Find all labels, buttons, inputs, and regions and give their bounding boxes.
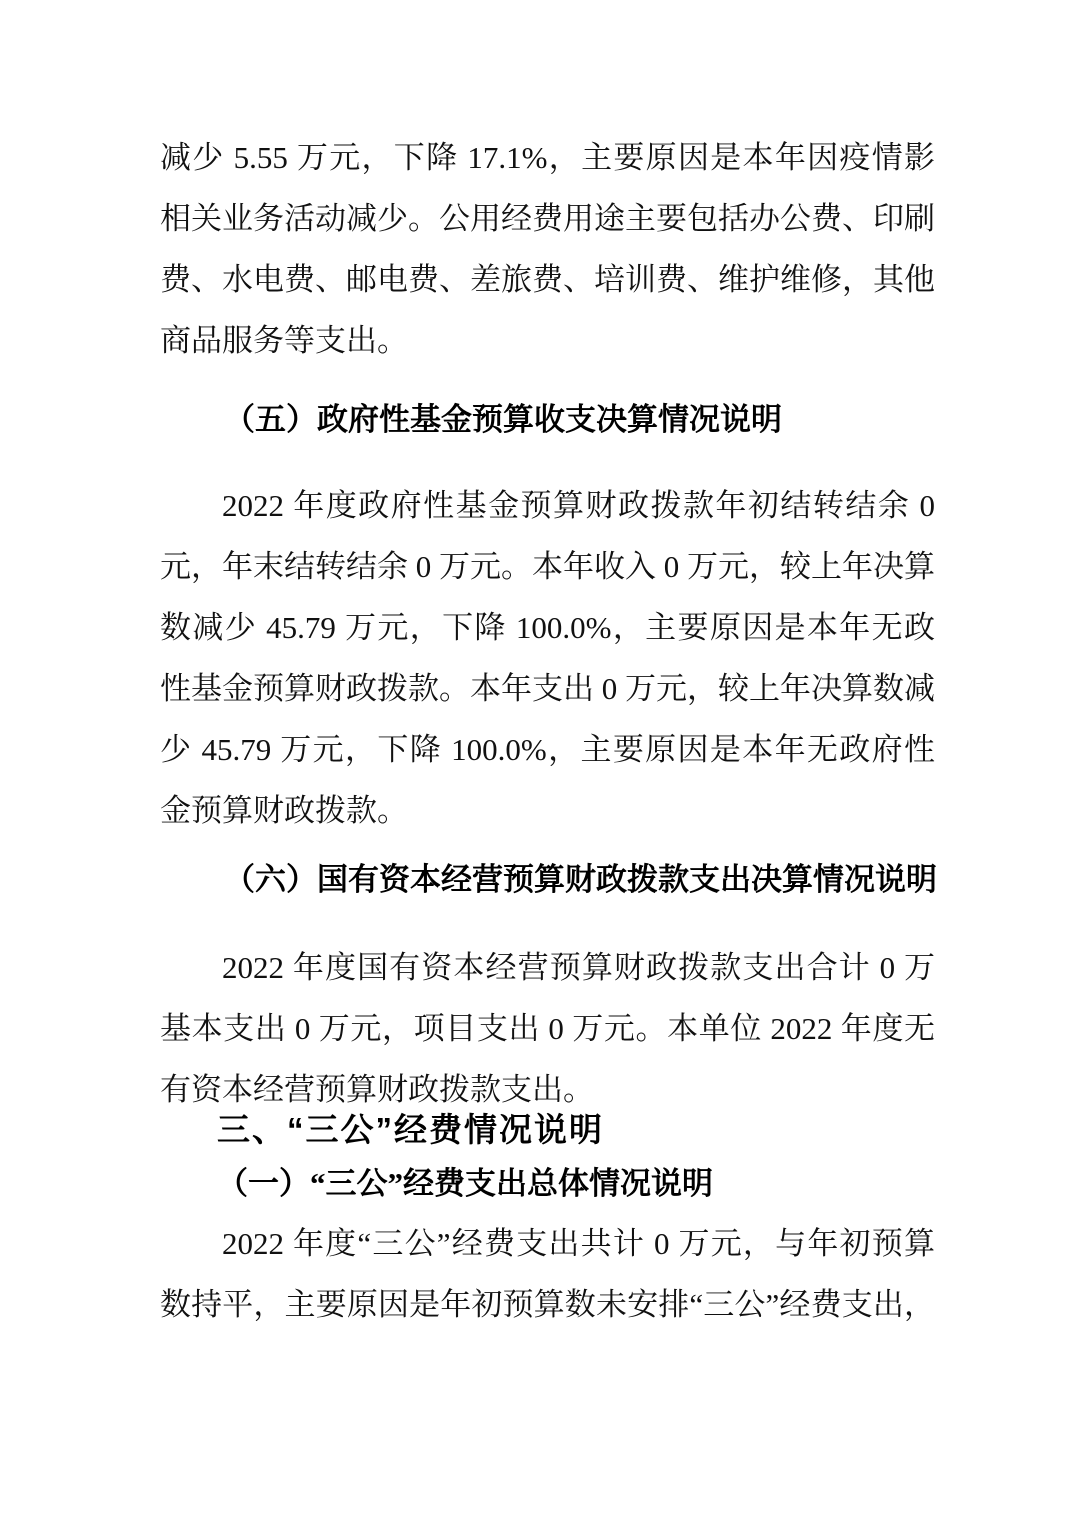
text-line: 相关业务活动减少。公用经费用途主要包括办公费、印刷 xyxy=(160,188,935,249)
text-line: 数减少 45.79 万元，下降 100.0%，主要原因是本年无政府 xyxy=(160,597,935,658)
paragraph-public-expense: 减少 5.55 万元，下降 17.1%，主要原因是本年因疫情影响， 相关业务活动… xyxy=(160,127,935,371)
paragraph-three-public: 2022 年度“三公”经费支出共计 0 万元，与年初预算 数持平，主要原因是年初… xyxy=(160,1213,935,1335)
text-line: 减少 5.55 万元，下降 17.1%，主要原因是本年因疫情影响， xyxy=(160,127,935,188)
heading-section-6: （六）国有资本经营预算财政拨款支出决算情况说明 xyxy=(160,858,999,902)
text-line: 费、水电费、邮电费、差旅费、培训费、维护维修，其他 xyxy=(160,249,935,310)
heading-part-3-sub-1: （一）“三公”经费支出总体情况说明 xyxy=(160,1162,992,1206)
heading-part-3: 三、“三公”经费情况说明 xyxy=(160,1108,992,1152)
paragraph-state-capital: 2022 年度国有资本经营预算财政拨款支出合计 0 万元， 基本支出 0 万元，… xyxy=(160,937,935,1120)
text-line: 元，年末结转结余 0 万元。本年收入 0 万元，较上年决算 xyxy=(160,536,935,597)
paragraph-government-fund: 2022 年度政府性基金预算财政拨款年初结转结余 0 万 元，年末结转结余 0 … xyxy=(160,475,935,841)
text-line: 少 45.79 万元，下降 100.0%，主要原因是本年无政府性基 xyxy=(160,719,935,780)
text-line: 2022 年度国有资本经营预算财政拨款支出合计 0 万元， xyxy=(160,937,935,998)
text-line: 数持平，主要原因是年初预算数未安排“三公”经费支出， xyxy=(160,1274,935,1335)
text-line: 商品服务等支出。 xyxy=(160,310,935,371)
document-page: 减少 5.55 万元，下降 17.1%，主要原因是本年因疫情影响， 相关业务活动… xyxy=(0,0,1074,1520)
text-line: 性基金预算财政拨款。本年支出 0 万元，较上年决算数减 xyxy=(160,658,935,719)
text-line: 金预算财政拨款。 xyxy=(160,780,935,841)
text-line: 2022 年度政府性基金预算财政拨款年初结转结余 0 万 xyxy=(160,475,935,536)
heading-section-5: （五）政府性基金预算收支决算情况说明 xyxy=(160,398,999,442)
text-line: 基本支出 0 万元，项目支出 0 万元。本单位 2022 年度无国 xyxy=(160,998,935,1059)
text-line: 2022 年度“三公”经费支出共计 0 万元，与年初预算 xyxy=(160,1213,935,1274)
